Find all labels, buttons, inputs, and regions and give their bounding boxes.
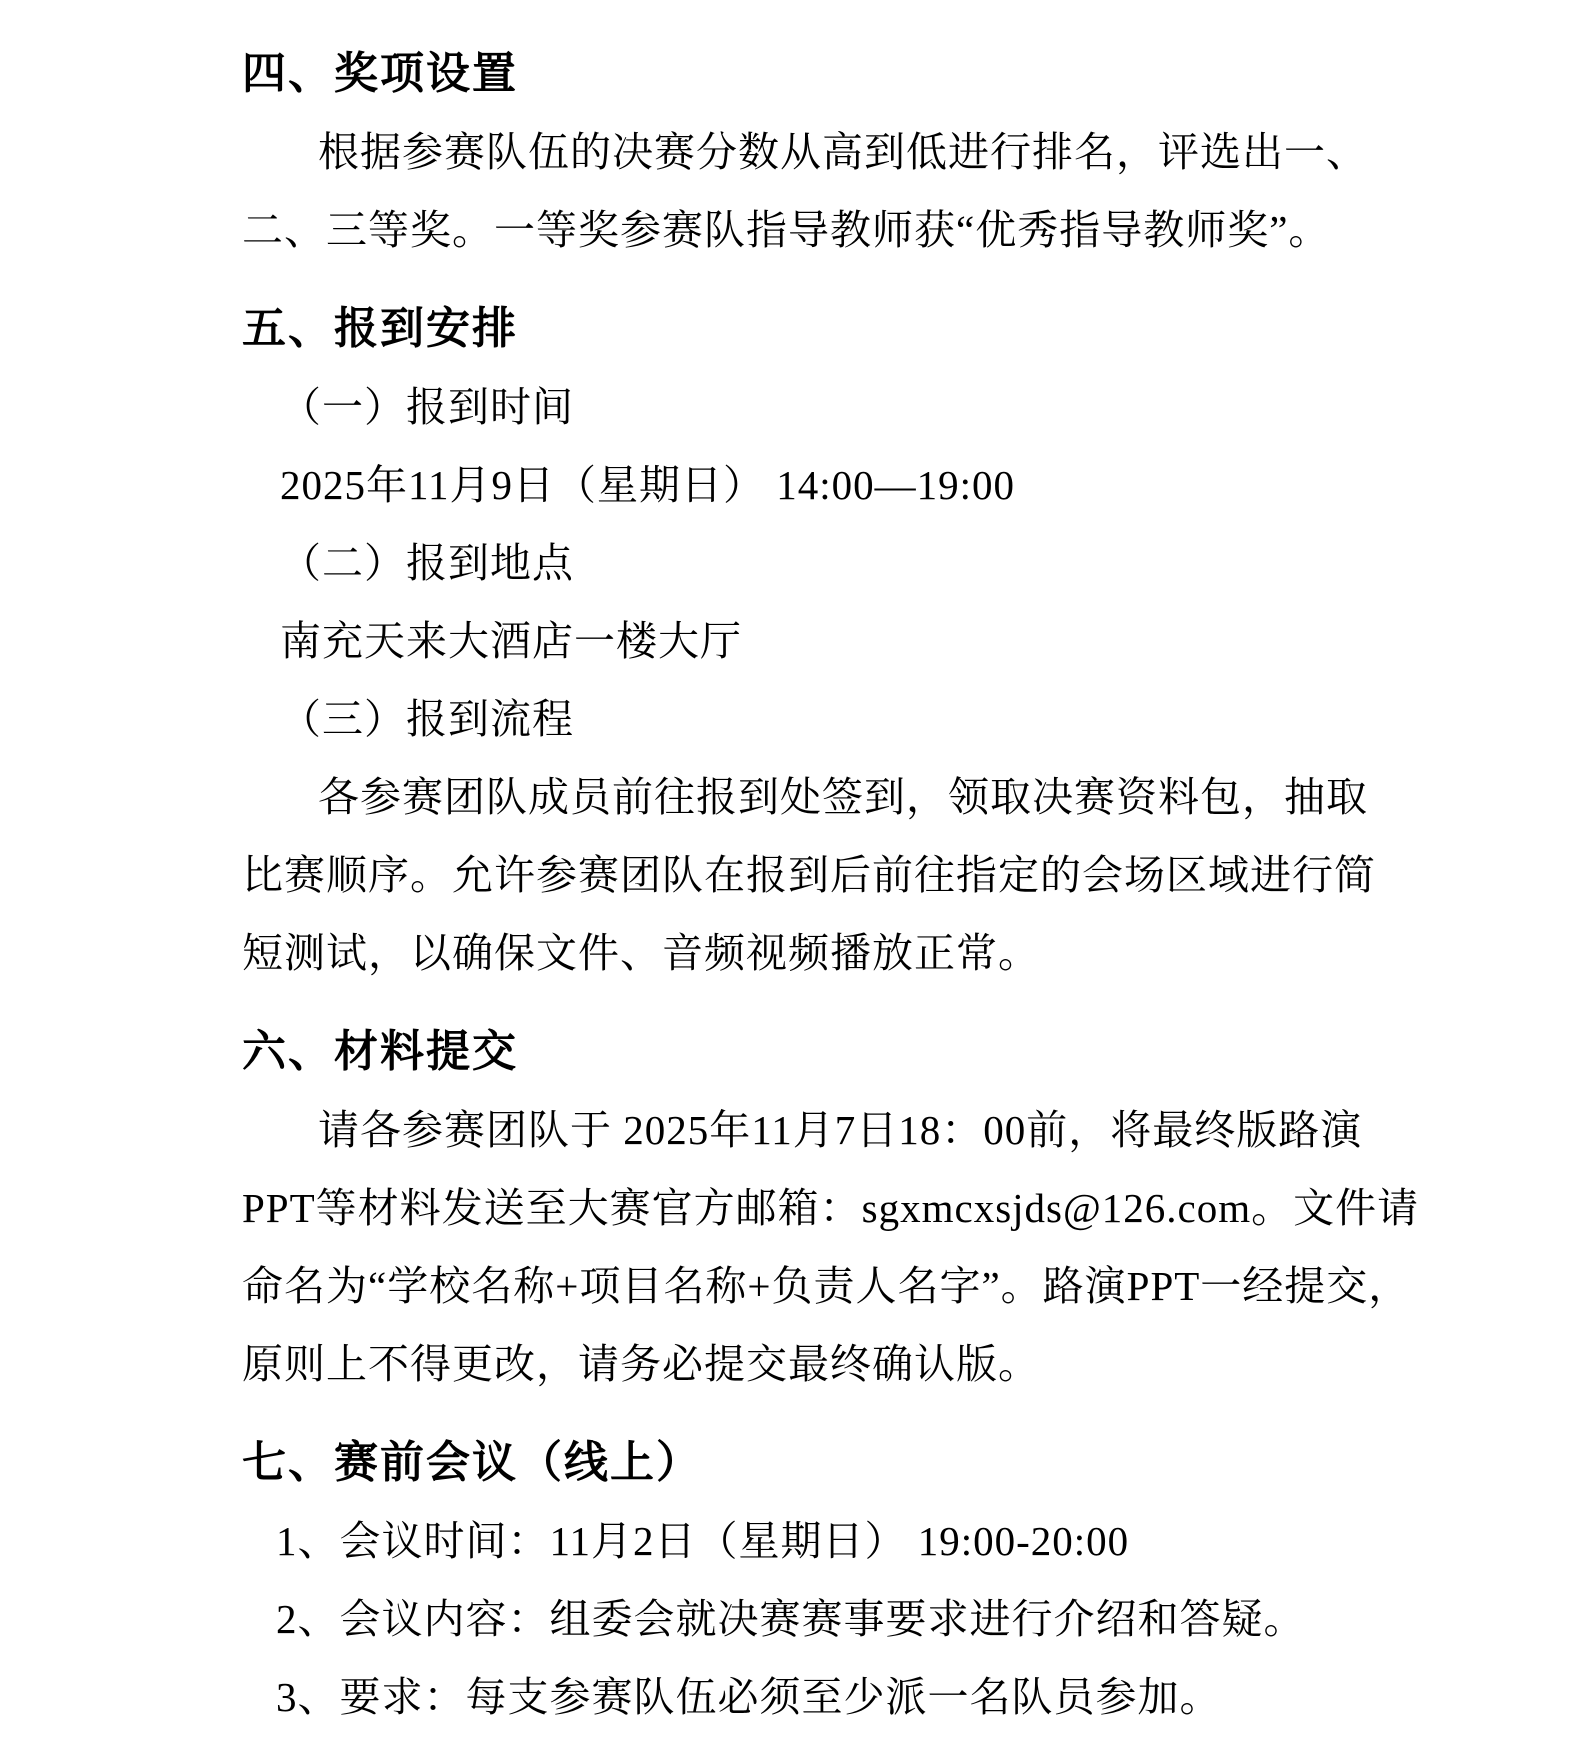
section-heading-checkin: 五、报到安排	[242, 290, 1547, 368]
materials-paragraph-line-1: 请各参赛团队于 2025年11月7日18：00前，将最终版路演	[242, 1091, 1547, 1169]
document-page: 四、奖项设置 根据参赛队伍的决赛分数从高到低进行排名，评选出一、 二、三等奖。一…	[0, 0, 1587, 1747]
awards-paragraph-line-1: 根据参赛队伍的决赛分数从高到低进行排名，评选出一、	[242, 113, 1547, 191]
checkin-procedure-line-1: 各参赛团队成员前往报到处签到，领取决赛资料包，抽取	[242, 758, 1547, 836]
checkin-procedure-line-2: 比赛顺序。允许参赛团队在报到后前往指定的会场区域进行简	[242, 836, 1547, 914]
checkin-time-value: 2025年11月9日（星期日） 14:00—19:00	[242, 446, 1547, 524]
checkin-procedure-line-3: 短测试，以确保文件、音频视频播放正常。	[242, 914, 1547, 992]
section-heading-materials: 六、材料提交	[242, 1013, 1547, 1091]
section-heading-awards: 四、奖项设置	[242, 35, 1547, 113]
subheading-checkin-procedure: （三）报到流程	[242, 680, 1547, 758]
subheading-checkin-location: （二）报到地点	[242, 524, 1547, 602]
checkin-location-value: 南充天来大酒店一楼大厅	[242, 602, 1547, 680]
subheading-checkin-time: （一）报到时间	[242, 368, 1547, 446]
meeting-item-time: 1、会议时间：11月2日（星期日） 19:00-20:00	[242, 1502, 1547, 1580]
meeting-item-requirement: 3、要求：每支参赛队伍必须至少派一名队员参加。	[242, 1658, 1547, 1736]
materials-paragraph-line-4: 原则上不得更改，请务必提交最终确认版。	[242, 1325, 1547, 1403]
materials-paragraph-line-3: 命名为“学校名称+项目名称+负责人名字”。路演PPT一经提交，	[242, 1247, 1547, 1325]
materials-paragraph-line-2-email: PPT等材料发送至大赛官方邮箱：sgxmcxsjds@126.com。文件请	[242, 1169, 1547, 1247]
section-heading-meeting: 七、赛前会议（线上）	[242, 1424, 1547, 1502]
meeting-item-content: 2、会议内容：组委会就决赛赛事要求进行介绍和答疑。	[242, 1580, 1547, 1658]
awards-paragraph-line-2: 二、三等奖。一等奖参赛队指导教师获“优秀指导教师奖”。	[242, 191, 1547, 269]
